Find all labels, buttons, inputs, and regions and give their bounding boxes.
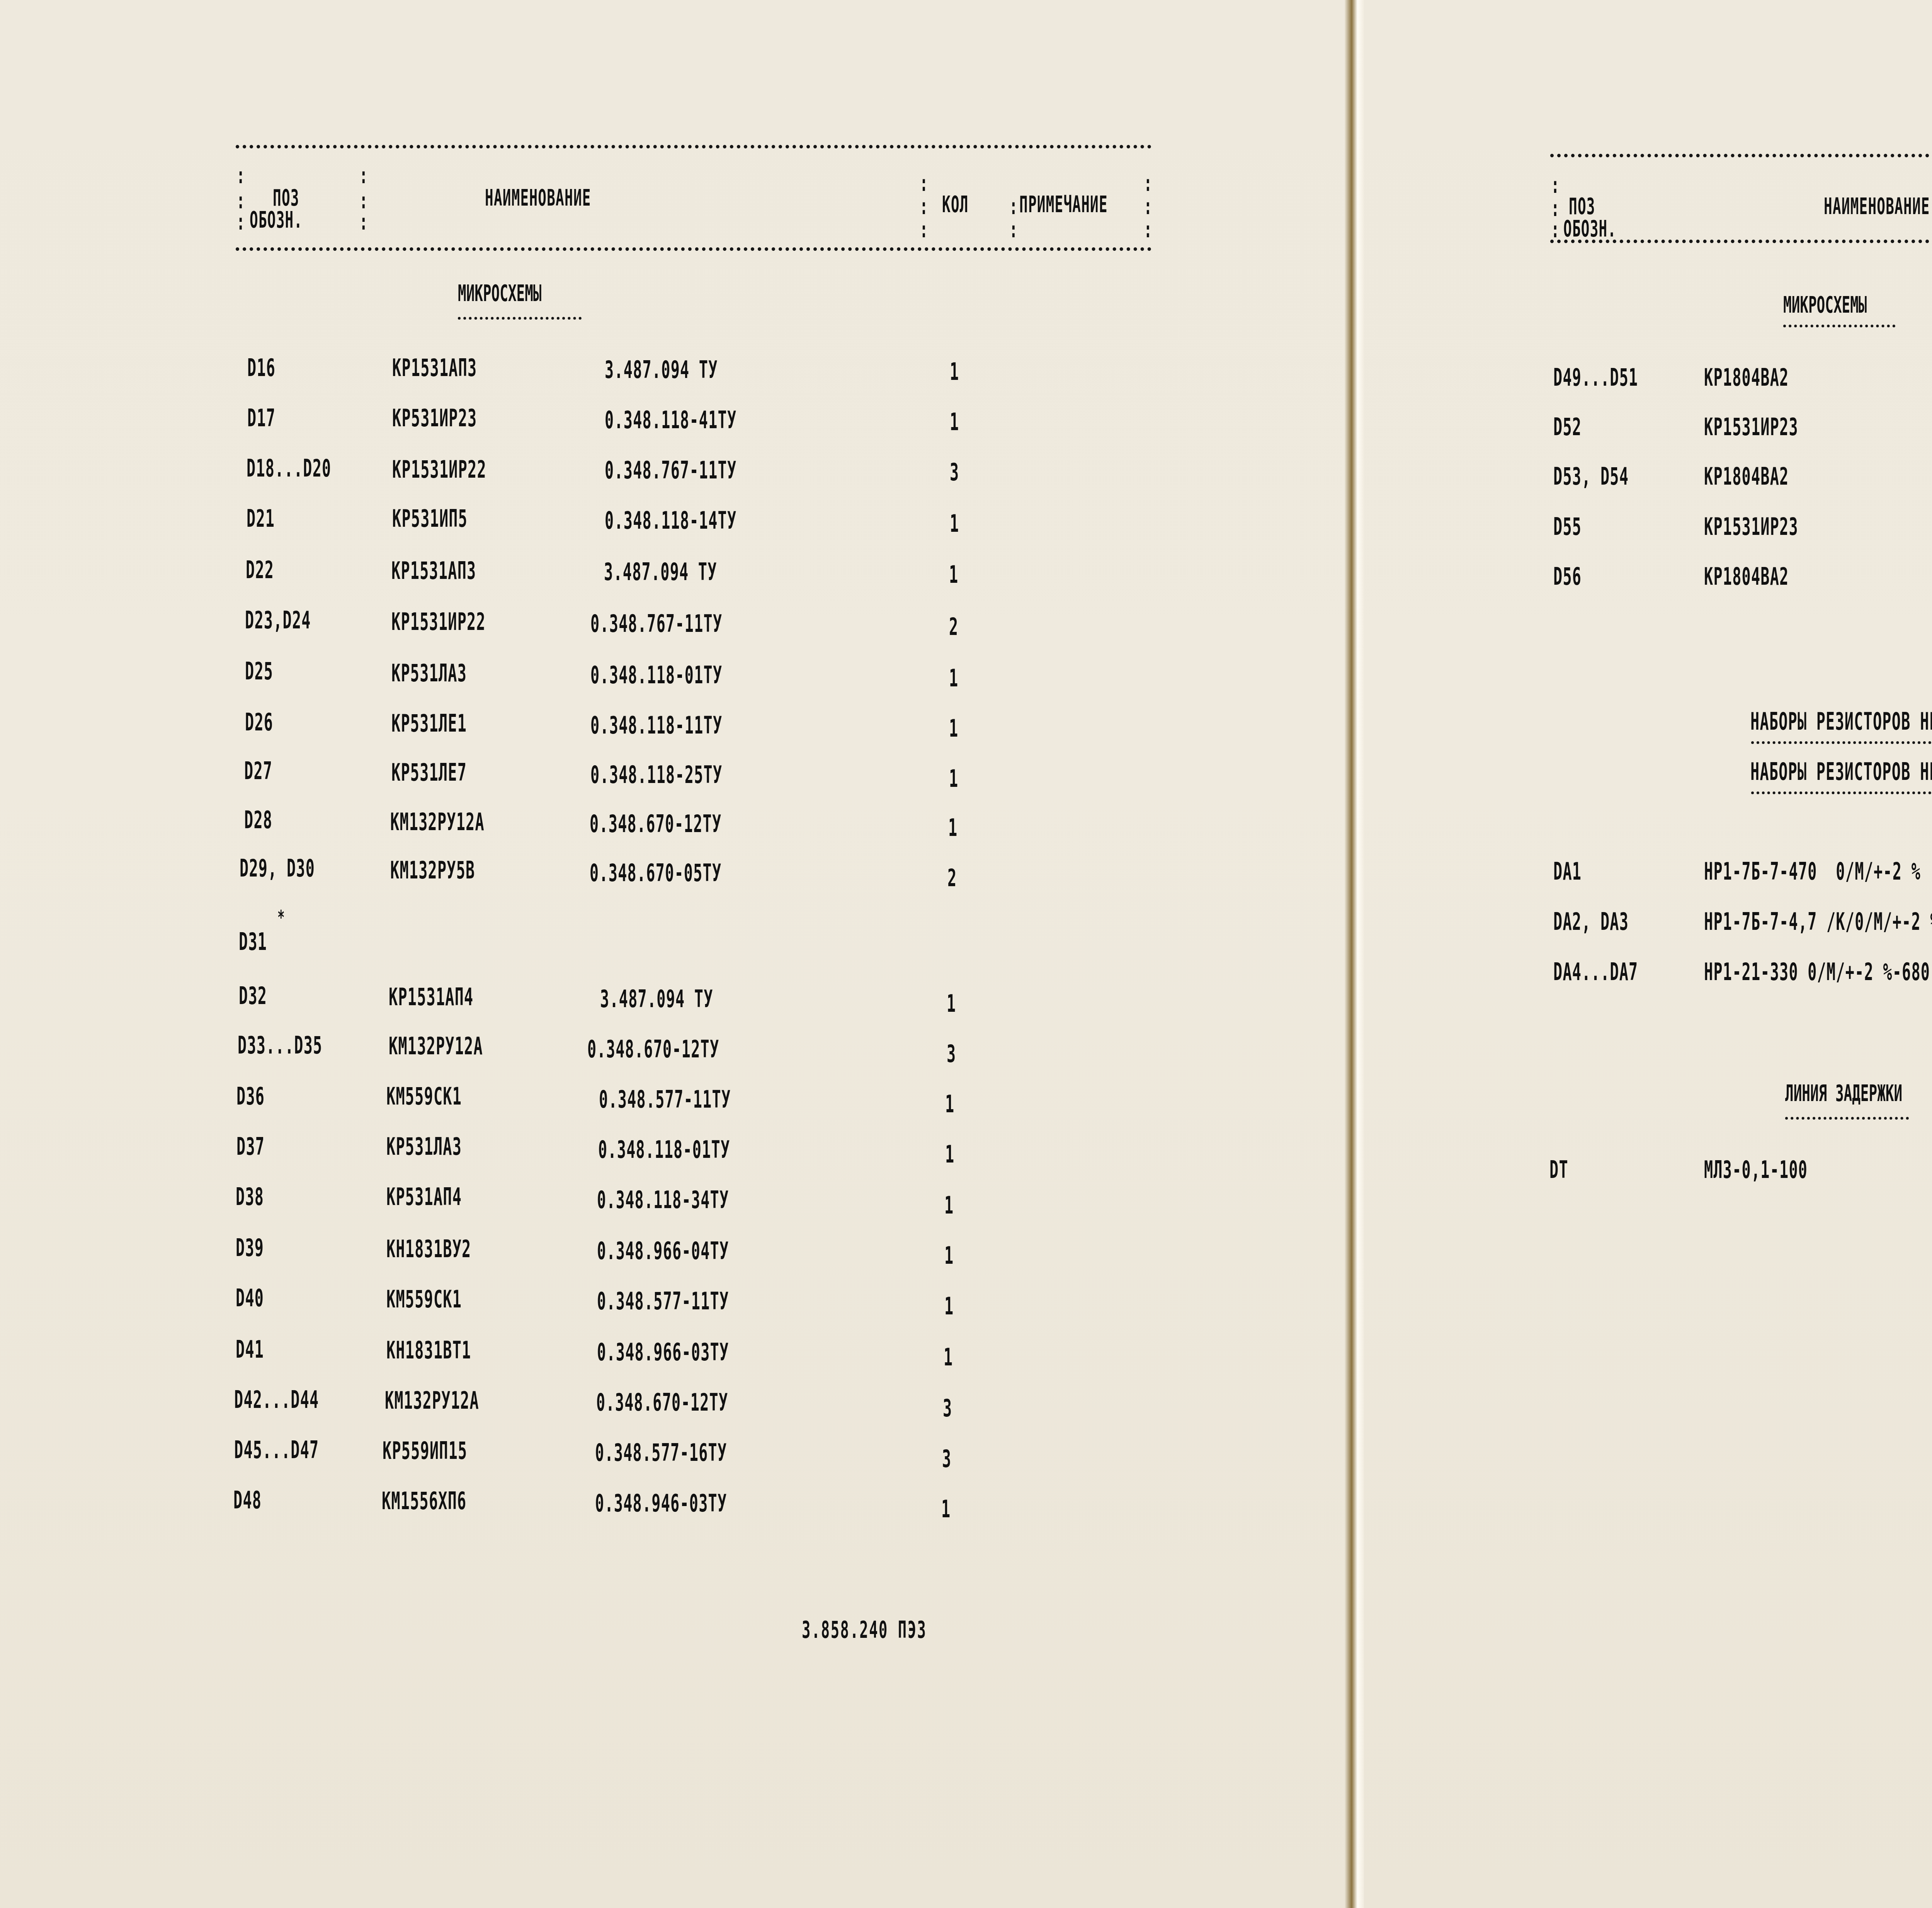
- qty-cell: 2: [949, 613, 958, 641]
- pos-cell: D32: [239, 982, 267, 1010]
- spec-cell: 0.348.118-41ТУ: [605, 406, 736, 434]
- resistor-set-rule: [1751, 791, 1932, 794]
- section-title-microchips: МИКРОСХЕМЫ: [1783, 292, 1867, 318]
- spec-cell: 0.348.946-03ТУ: [595, 1489, 727, 1517]
- header-qty: КОЛ: [942, 191, 969, 218]
- header-name: НАИМЕНОВАНИЕ: [1824, 193, 1930, 220]
- pos-cell: D16: [247, 354, 276, 382]
- qty-cell: 1: [950, 357, 959, 386]
- header-sep: :: [1144, 193, 1153, 220]
- pos-cell: D18...D20: [247, 454, 331, 482]
- header-pos-line2: ОБОЗН.: [250, 207, 303, 233]
- pos-cell: D53, D54: [1553, 462, 1629, 490]
- pos-cell: D45...D47: [234, 1436, 319, 1464]
- header-sep: :: [920, 216, 929, 243]
- section-underline: [1783, 325, 1895, 327]
- qty-cell: 1: [944, 1292, 954, 1320]
- qty-cell: 1: [949, 664, 958, 692]
- section-underline: [1785, 1117, 1909, 1120]
- header-sep: :: [1009, 193, 1018, 220]
- pos-cell: D28: [244, 806, 272, 834]
- part-cell: КР1531ИР23: [1704, 413, 1798, 441]
- qty-cell: 1: [941, 1495, 951, 1523]
- pos-cell: D39: [236, 1234, 264, 1262]
- qty-cell: 1: [944, 1343, 953, 1371]
- qty-cell: 1: [944, 1241, 954, 1270]
- header-sep: :: [359, 209, 368, 235]
- part-cell: КР1531ИР22: [392, 455, 486, 483]
- part-cell: КМ559СК1: [386, 1082, 462, 1110]
- qty-cell: 1: [949, 560, 958, 589]
- section-title-microchips: МИКРОСХЕМЫ: [458, 280, 542, 306]
- part-cell: НР1-7Б-7-470 0/М/+-2 % 0.467.407 ТУ: [1704, 857, 1932, 885]
- qty-cell: 1: [945, 1090, 954, 1118]
- header-pos-line2: ОБОЗН.: [1563, 216, 1616, 242]
- spec-cell: 3.487.094 ТУ: [604, 558, 717, 586]
- qty-cell: 1: [948, 814, 957, 842]
- section-underline: [458, 317, 582, 320]
- pos-cell: D25: [245, 657, 273, 685]
- part-cell: КН1831ВТ1: [386, 1336, 471, 1364]
- part-cell: НР1-21-330 0/М/+-2 %-680 0/М/+-2 %: [1704, 958, 1932, 986]
- spec-cell: 0.348.118-14ТУ: [605, 506, 736, 534]
- spec-cell: 0.348.577-16ТУ: [595, 1438, 727, 1467]
- part-cell: КР1804ВА2: [1704, 363, 1789, 391]
- qty-cell: 1: [950, 509, 959, 538]
- pos-cell: D33...D35: [238, 1031, 322, 1059]
- pos-cell: D55: [1553, 512, 1582, 541]
- qty-cell: 3: [942, 1445, 951, 1473]
- pos-cell: D27: [244, 757, 272, 785]
- header-top-rule: [1550, 154, 1932, 157]
- pos-cell: D26: [245, 708, 273, 736]
- part-cell: КР1531АП3: [391, 557, 476, 585]
- pos-cell: D40: [236, 1284, 264, 1312]
- pos-cell: D42...D44: [234, 1385, 319, 1414]
- spec-cell: 0.348.767-11ТУ: [605, 456, 736, 484]
- header-sep: :: [1551, 216, 1560, 243]
- spec-cell: 0.348.670-12ТУ: [596, 1388, 728, 1416]
- part-cell: КМ132РУ5В: [390, 856, 475, 884]
- part-cell: КР531АП4: [386, 1183, 462, 1211]
- header-sep: :: [1144, 170, 1153, 196]
- part-cell: КР1804ВА2: [1704, 562, 1789, 591]
- pos-cell: D56: [1553, 562, 1582, 591]
- qty-cell: 2: [947, 864, 957, 892]
- left-page: : : : ПОЗ : НАИМЕНОВАНИЕ : : КОЛ : ПРИМЕ…: [0, 0, 1352, 1908]
- pos-cell: D49...D51: [1553, 363, 1638, 391]
- spec-cell: 0.348.118-25ТУ: [590, 761, 722, 789]
- spec-cell: 0.348.118-01ТУ: [590, 661, 722, 689]
- pos-cell: DA2, DA3: [1553, 907, 1629, 936]
- pos-cell: D17: [247, 404, 276, 432]
- pos-cell: D29, D30: [240, 854, 315, 882]
- part-cell: КР1531АП4: [389, 983, 473, 1011]
- spec-cell: 0.348.577-11ТУ: [599, 1085, 731, 1113]
- part-cell: КР1531ИР23: [1704, 512, 1798, 541]
- part-cell: КР531ИР23: [392, 404, 477, 432]
- spec-cell: 0.348.118-01ТУ: [598, 1135, 730, 1164]
- part-cell: КР531ЛЕ7: [391, 758, 467, 786]
- part-cell: КР531ЛЕ1: [391, 709, 467, 737]
- pos-cell: D36: [236, 1082, 265, 1110]
- spec-cell: 0.348.118-34ТУ: [597, 1186, 729, 1214]
- pos-cell: D48: [233, 1486, 262, 1514]
- pos-cell: D38: [236, 1183, 264, 1211]
- spec-cell: 0.348.966-04ТУ: [597, 1237, 729, 1265]
- header-sep: :: [359, 162, 368, 189]
- qty-cell: 1: [947, 989, 956, 1018]
- header-top-rule: [236, 145, 1151, 148]
- section-title-delay-line: ЛИНИЯ ЗАДЕРЖКИ: [1785, 1080, 1902, 1106]
- header-bottom-rule: [236, 247, 1151, 251]
- part-cell: НР1-7Б-7-4,7 /К/0/М/+-2 %: [1704, 907, 1932, 936]
- part-cell: КР531ЛА3: [386, 1132, 462, 1161]
- header-bottom-rule: [1550, 240, 1932, 243]
- spec-cell: 0.348.767-11ТУ: [590, 609, 722, 638]
- pos-cell: DT: [1549, 1156, 1568, 1184]
- asterisk-mark: *: [277, 906, 285, 929]
- pos-cell: D37: [236, 1132, 265, 1161]
- spec-cell: 0.348.577-11ТУ: [597, 1287, 729, 1315]
- part-cell: КМ132РУ12А: [390, 808, 485, 836]
- spec-cell: 0.348.966-03ТУ: [597, 1338, 729, 1366]
- pos-cell: D31: [239, 928, 267, 956]
- qty-cell: 1: [944, 1191, 954, 1219]
- qty-cell: 1: [945, 1140, 954, 1168]
- part-cell: КР1531АП3: [392, 354, 477, 382]
- part-cell: КР1804ВА2: [1704, 462, 1789, 490]
- qty-cell: 1: [950, 408, 959, 436]
- part-cell: КР531ЛА3: [391, 659, 467, 687]
- spec-cell: 0.348.670-12ТУ: [587, 1035, 719, 1063]
- header-name: НАИМЕНОВАНИЕ: [485, 185, 591, 211]
- spec-cell: 0.348.670-12ТУ: [590, 810, 721, 838]
- header-sep: :: [920, 170, 929, 196]
- part-cell: КМ132РУ12А: [389, 1032, 483, 1060]
- right-page: : : : ПОЗ НАИМЕНОВАНИЕ КОЛ : ПРИМЕЧАНИЕ …: [1364, 0, 1932, 1908]
- pos-cell: DA4...DA7: [1553, 958, 1638, 986]
- qty-cell: 1: [949, 764, 958, 793]
- document-spread: : : : ПОЗ : НАИМЕНОВАНИЕ : : КОЛ : ПРИМЕ…: [0, 0, 1932, 1908]
- spec-cell: 0.348.118-11ТУ: [590, 711, 722, 739]
- part-cell: КМ1556ХП6: [382, 1487, 466, 1515]
- qty-cell: 1: [949, 714, 958, 742]
- resistor-set-heading-7b: НАБОРЫ РЕЗИСТОРОВ НР1-7Б 0.467.407 ТУ: [1750, 707, 1932, 735]
- header-sep: :: [236, 209, 245, 235]
- qty-cell: 3: [943, 1394, 952, 1422]
- part-cell: КР559ИП15: [383, 1437, 467, 1465]
- pos-cell: D41: [236, 1335, 264, 1363]
- header-sep: :: [1009, 216, 1018, 243]
- pos-cell: D21: [247, 504, 275, 533]
- part-cell: КР1531ИР22: [391, 608, 486, 636]
- header-sep: :: [920, 193, 929, 220]
- resistor-set-rule: [1751, 741, 1932, 744]
- qty-cell: 3: [947, 1040, 956, 1068]
- pos-cell: DA1: [1553, 857, 1582, 885]
- part-cell: КН1831ВУ2: [386, 1235, 471, 1263]
- document-code-footer: 3.858.240 ПЭ3: [802, 1617, 927, 1644]
- resistor-set-heading-21: НАБОРЫ РЕЗИСТОРОВ НР1-21 0.467.417 ТУ: [1750, 757, 1932, 786]
- spec-cell: 3.487.094 ТУ: [600, 985, 713, 1013]
- spec-cell: 3.487.094 ТУ: [605, 356, 718, 384]
- part-cell: КМ559СК1: [386, 1285, 462, 1313]
- part-cell: КМ132РУ12А: [385, 1386, 479, 1414]
- header-sep: :: [236, 162, 245, 189]
- qty-cell: 3: [950, 458, 959, 486]
- header-note: ПРИМЕЧАНИЕ: [1019, 191, 1108, 218]
- part-cell: МЛЗ-0,1-100: [1704, 1156, 1808, 1184]
- header-sep: :: [1144, 216, 1153, 243]
- pos-cell: D22: [246, 556, 274, 584]
- spec-cell: 0.348.670-05ТУ: [590, 859, 721, 887]
- part-cell: КР531ИП5: [392, 504, 468, 533]
- pos-cell: D23,D24: [245, 606, 311, 634]
- pos-cell: D52: [1553, 413, 1582, 441]
- header-sep: :: [1551, 172, 1560, 198]
